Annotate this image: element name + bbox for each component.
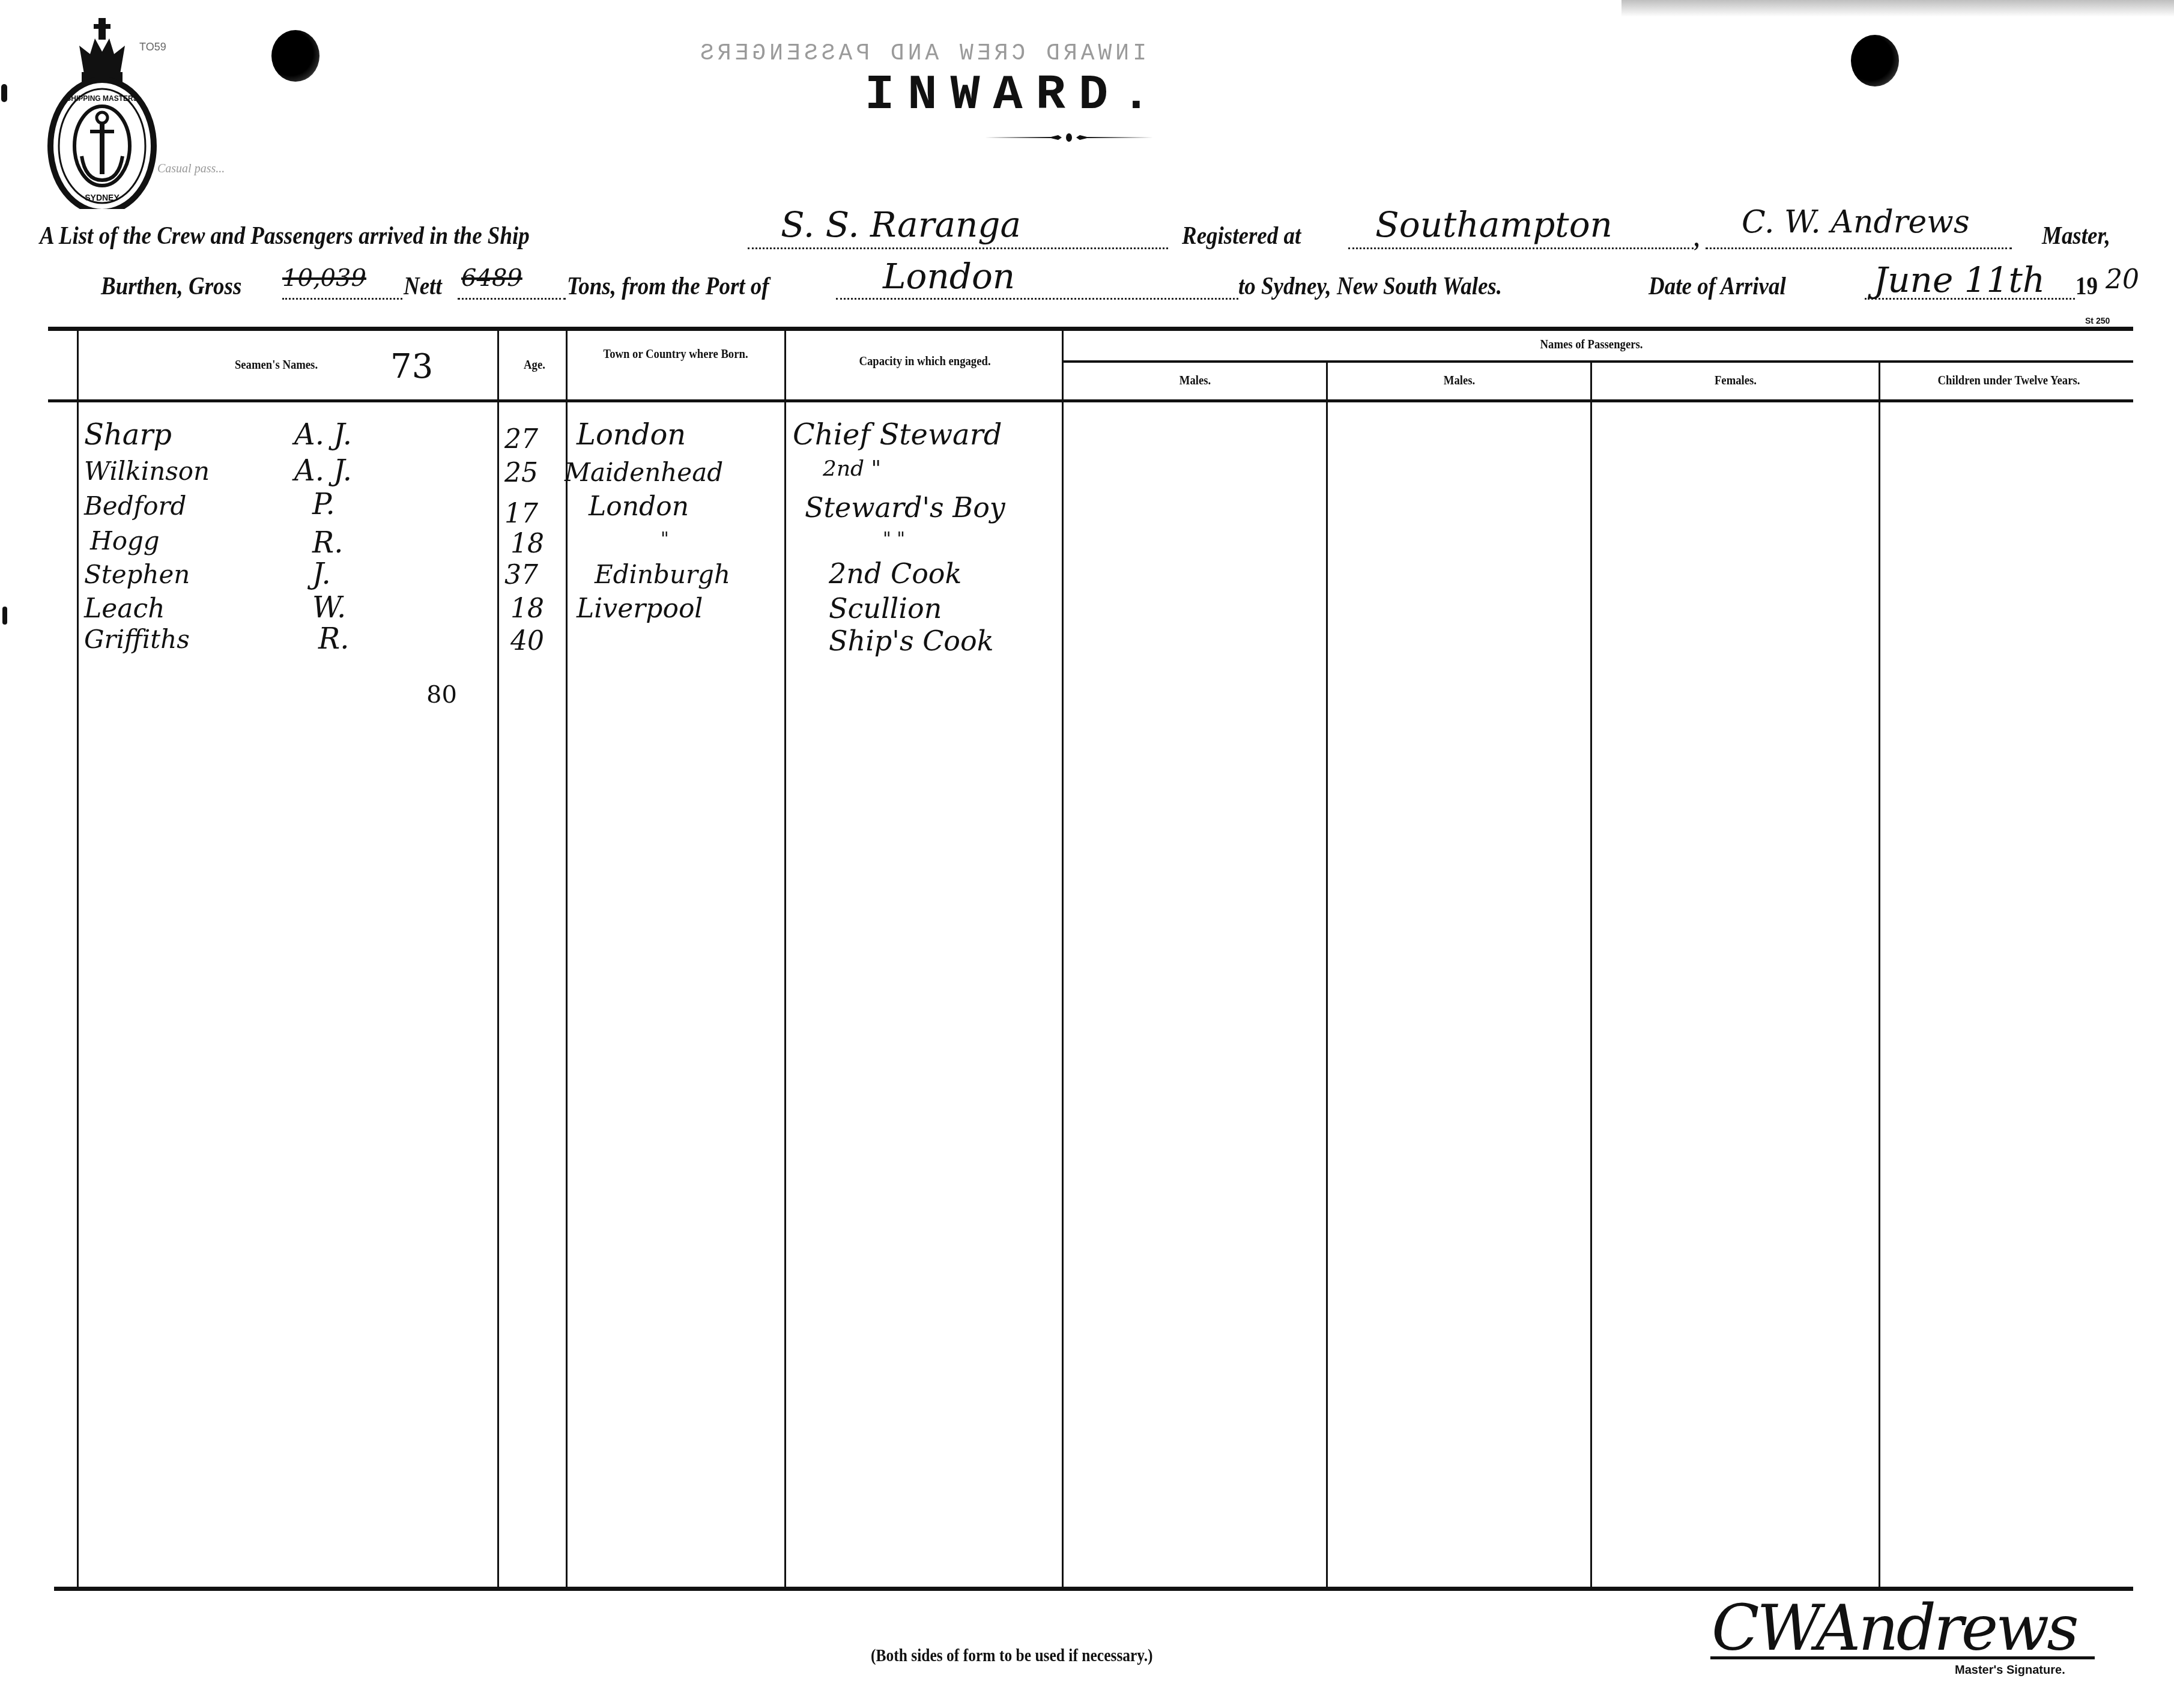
from-port-field: London [883, 256, 1015, 297]
crew-initials: A. J. [294, 454, 352, 488]
crew-birthplace: Edinburgh [595, 560, 730, 589]
col-header-children: Children under Twelve Years. [1904, 372, 2114, 387]
column-divider [1590, 363, 1592, 1588]
crew-age: 18 [510, 593, 544, 624]
crew-initials: A. J. [294, 418, 352, 452]
page-title: INWARD. [865, 67, 1164, 123]
col-header-males-1: Males. [1088, 372, 1303, 387]
crew-capacity: Chief Steward [793, 418, 1002, 452]
punch-hole-left [271, 30, 319, 82]
table-top-rule [48, 327, 2133, 331]
crew-age: 27 [504, 424, 538, 455]
year-prefix: 19 [2076, 271, 2098, 301]
col-header-capacity: Capacity in which engaged. [813, 353, 1037, 368]
crew-initials: R. [312, 526, 343, 560]
col-header-seamens-names: Seamen's Names. [195, 357, 358, 372]
master-label: Master, [2042, 221, 2110, 250]
col-header-passengers-group: Names of Passengers. [1464, 336, 1719, 351]
arrival-date-label: Date of Arrival [1649, 271, 1786, 301]
tons-from-port-label: Tons, from the Port of [567, 271, 769, 301]
crew-surname: Griffiths [84, 625, 190, 654]
master-name-field: C. W. Andrews [1742, 204, 1970, 240]
crew-capacity: Scullion [829, 592, 942, 625]
crew-initials: P. [312, 488, 335, 521]
crew-count-note: 73 [390, 347, 433, 386]
crew-capacity: Steward's Boy [805, 491, 1005, 524]
col-header-age: Age. [509, 357, 560, 372]
column-divider [566, 330, 568, 1588]
form-code: St 250 [2085, 316, 2110, 326]
svg-text:SYDNEY: SYDNEY [85, 193, 120, 202]
crew-age: 25 [504, 458, 538, 488]
ship-name-field-line [748, 247, 1168, 249]
ship-name-field: S. S. Rarangа [781, 204, 1021, 245]
crew-birthplace: Maidenhead [565, 458, 723, 487]
crew-capacity: " " [883, 528, 905, 550]
year-suffix-field: 20 [2106, 264, 2139, 295]
column-divider [1326, 363, 1328, 1588]
signature-line [1710, 1656, 2095, 1659]
crew-surname: Hogg [90, 526, 160, 556]
arrival-date-field: June 11th [1874, 259, 2045, 300]
crew-birthplace: Liverpool [577, 593, 703, 624]
header-line-1-prefix: A List of the Crew and Passengers arrive… [40, 221, 530, 250]
margin-mark [1, 84, 7, 102]
registered-label: Registered at [1182, 221, 1301, 250]
gross-tons-field: 10,039 [282, 264, 366, 292]
crew-birthplace: London [589, 491, 689, 522]
registered-port-field-line [1348, 247, 1694, 249]
crew-initials: W. [312, 591, 346, 625]
crew-capacity: Ship's Cook [829, 625, 994, 657]
burthen-gross-label: Burthen, Gross [101, 271, 241, 301]
crew-capacity: 2nd Cook [829, 557, 961, 590]
crew-age: 18 [510, 528, 544, 559]
crew-age: 17 [504, 498, 538, 529]
passengers-females-column [1593, 402, 1877, 1585]
crew-birthplace: London [577, 418, 686, 452]
crew-surname: Bedford [84, 491, 186, 521]
stamp-underline-text: Casual pass... [157, 162, 225, 176]
col-header-town-born: Town or Country where Born. [592, 346, 760, 361]
crew-surname: Wilkinson [84, 456, 210, 486]
column-divider [497, 330, 499, 1588]
col-header-males-2: Males. [1352, 372, 1567, 387]
passenger-group-rule [1063, 360, 2133, 363]
table-bottom-rule [54, 1587, 2133, 1591]
master-signature: CWAndrews [1712, 1591, 2077, 1665]
column-divider [77, 330, 79, 1588]
crew-age: 37 [504, 560, 538, 590]
crew-initials: R. [318, 622, 349, 656]
nett-label: Nett [404, 271, 442, 301]
column-divider [784, 330, 786, 1588]
gross-tons-field-line [282, 298, 402, 300]
stamp-mark: TO59 [139, 41, 166, 53]
master-name-field-line [1706, 247, 2012, 249]
crew-capacity: 2nd " [823, 456, 881, 481]
crew-age: 40 [510, 626, 544, 656]
passengers-males-2-column [1328, 402, 1589, 1585]
bleed-through-text: INWARD CREW AND PASSENGERS [697, 41, 1146, 67]
scan-edge-shadow [1621, 0, 2174, 17]
passengers-children-column [1881, 402, 2133, 1585]
margin-mark [2, 607, 7, 625]
crew-initials: J. [312, 557, 331, 591]
column-divider [1879, 363, 1880, 1588]
svg-text:SHIPPING MASTERS: SHIPPING MASTERS [66, 94, 138, 103]
nett-tons-field: 6489 [461, 264, 522, 292]
crew-surname: Leach [84, 593, 165, 624]
destination-label: to Sydney, New South Wales. [1238, 271, 1502, 301]
registered-port-field: Southampton [1375, 204, 1612, 245]
title-ornament-rule [985, 133, 1153, 142]
passengers-males-1-column [1064, 402, 1325, 1585]
tally-note: 80 [426, 681, 457, 709]
footer-note: (Both sides of form to be used if necess… [871, 1646, 1153, 1666]
crew-surname: Stephen [84, 560, 190, 589]
col-header-females: Females. [1618, 372, 1853, 387]
crew-birthplace: " [661, 528, 669, 550]
signature-label: Master's Signature. [1955, 1664, 2065, 1677]
punch-hole-right [1851, 35, 1899, 86]
comma-separator: , [1695, 223, 1700, 253]
nett-tons-field-line [458, 298, 566, 300]
column-divider [1062, 330, 1064, 1588]
from-port-field-line [836, 298, 1238, 300]
crew-surname: Sharp [84, 418, 172, 452]
